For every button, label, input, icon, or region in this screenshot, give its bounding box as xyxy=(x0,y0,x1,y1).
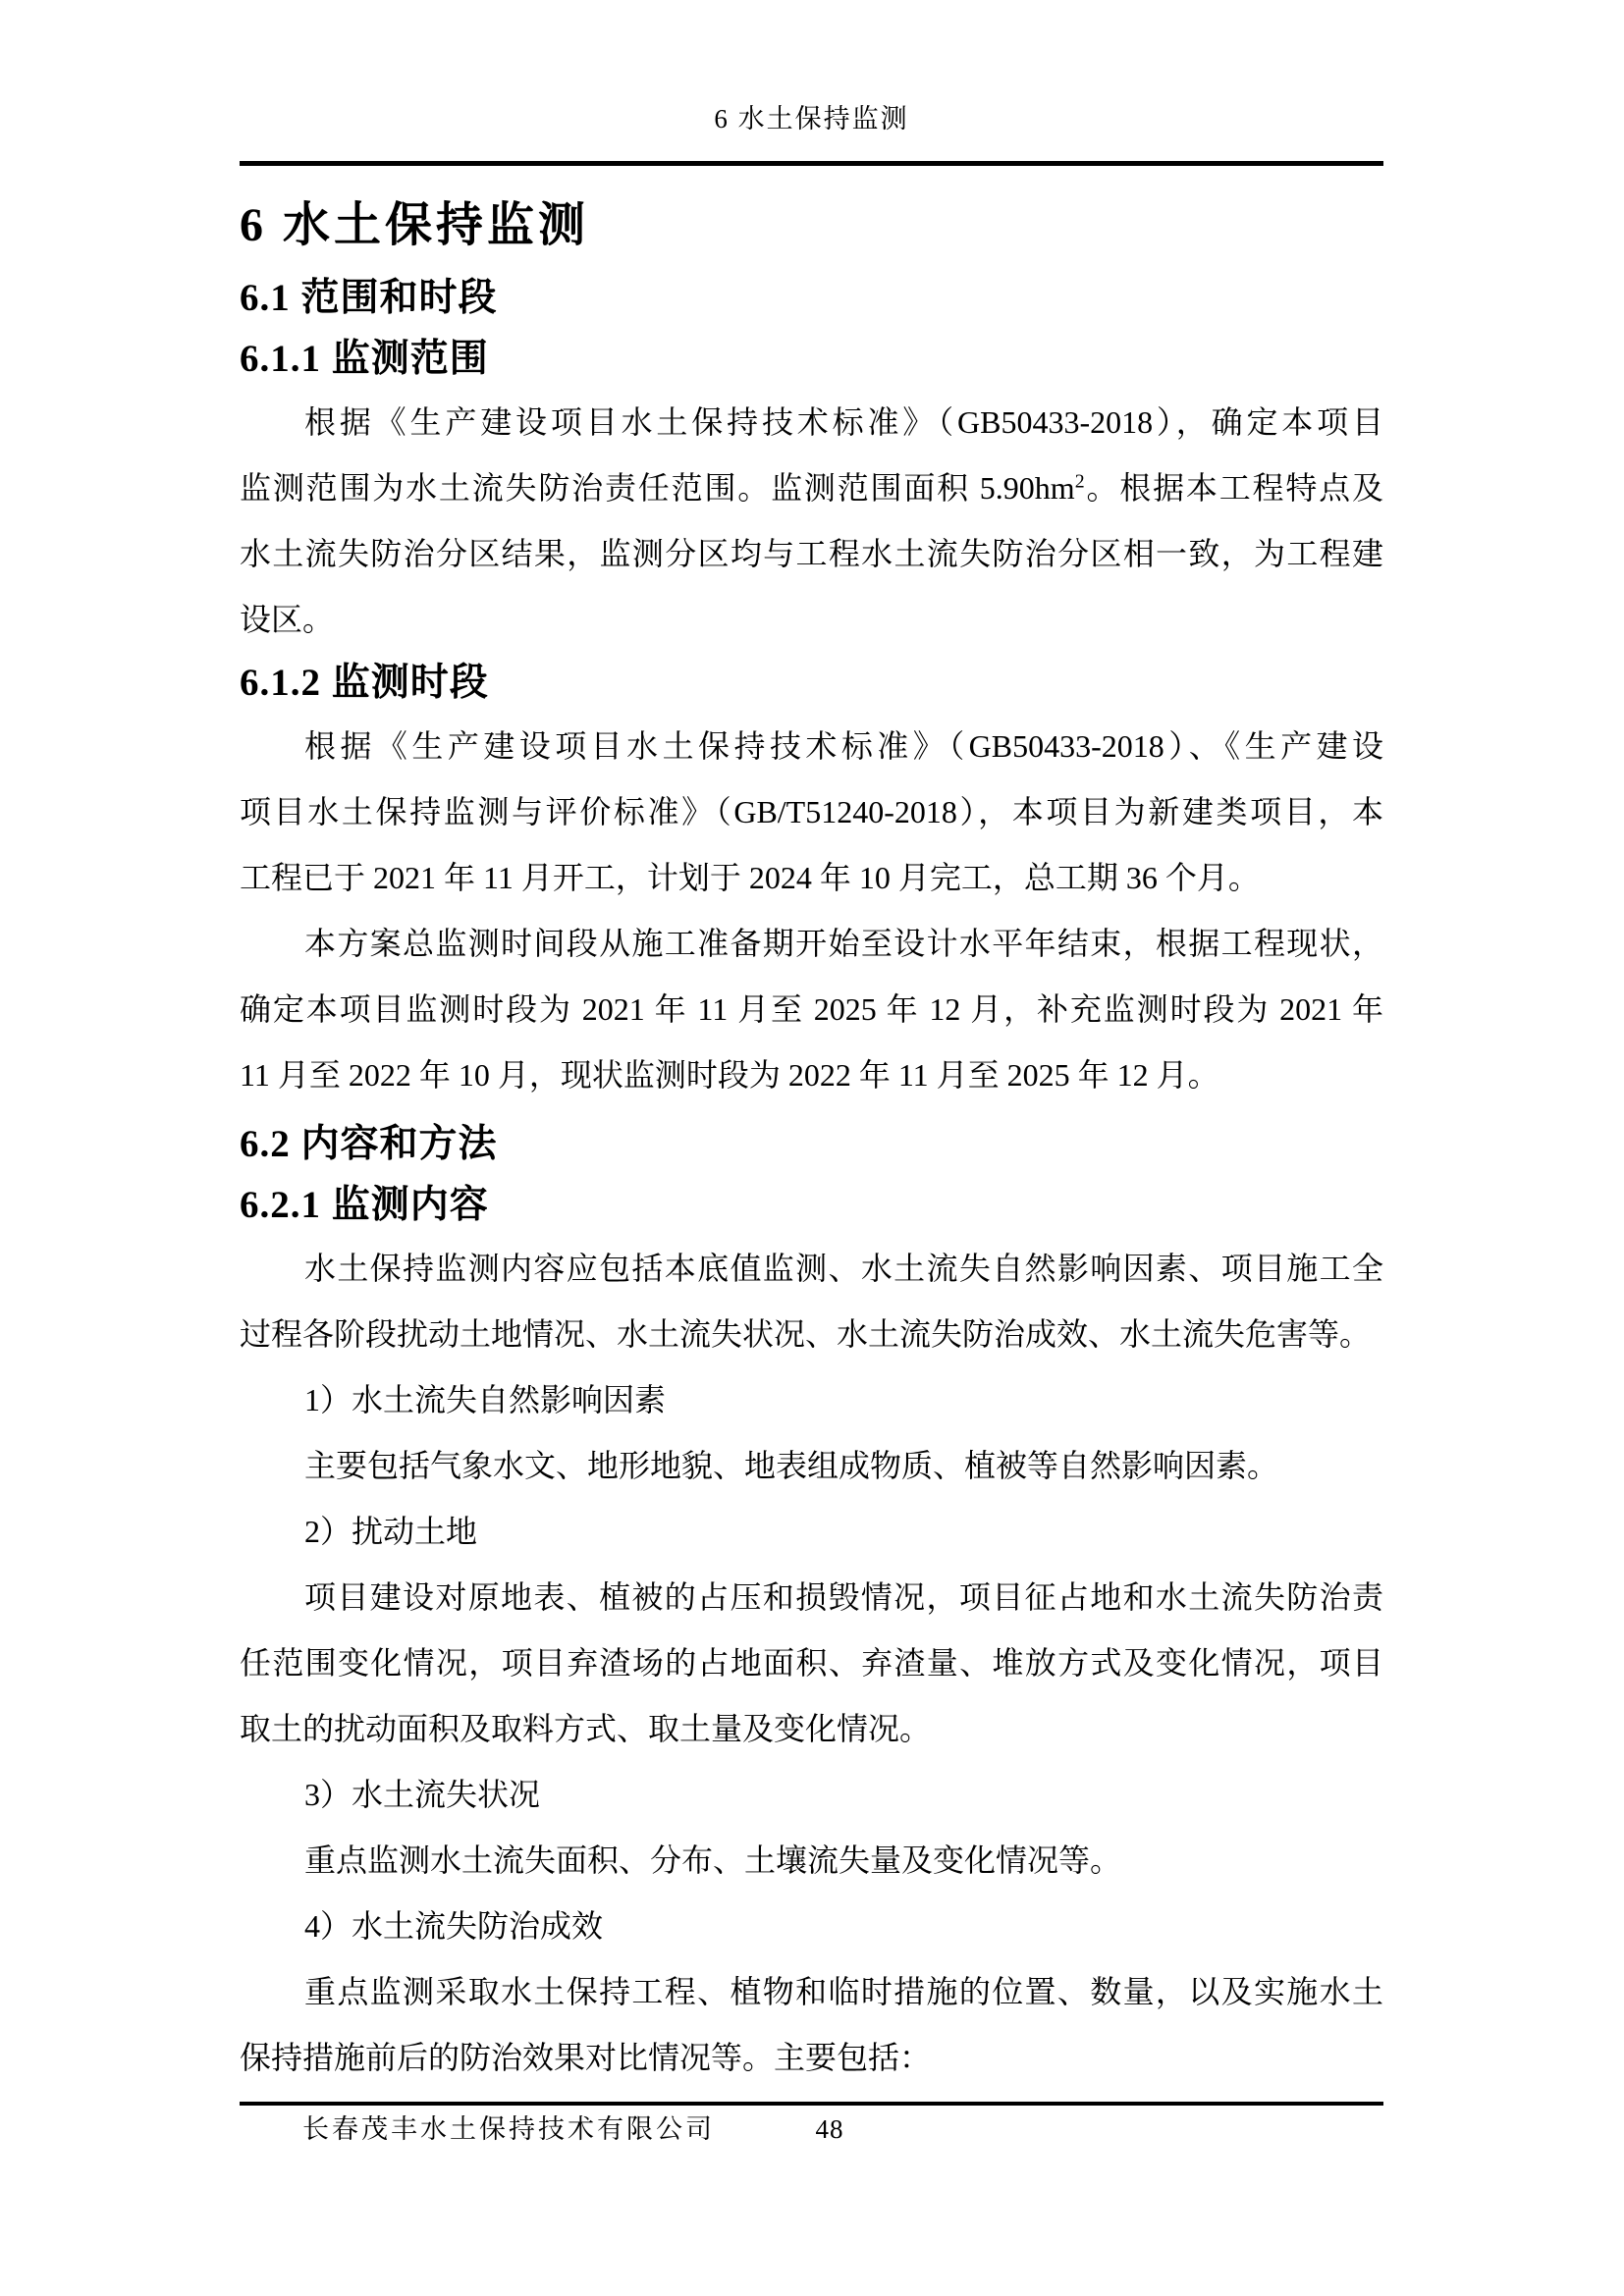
page-number: 48 xyxy=(816,2112,844,2146)
document-page: 6 水土保持监测 6 水土保持监测 6.1 范围和时段 6.1.1 监测范围 根… xyxy=(0,0,1624,2296)
superscript-2: 2 xyxy=(1075,470,1085,492)
footer-company-name: 长春茂丰水土保持技术有限公司 xyxy=(302,2114,715,2144)
section-heading-6-1: 6.1 范围和时段 xyxy=(240,268,1383,329)
paragraph-line: 项目水土保持监测与评价标准》（GB/T51240-2018），本项目为新建类项目… xyxy=(240,779,1383,845)
list-item-4-desc: 重点监测采取水土保持工程、植物和临时措施的位置、数量，以及实施水土 xyxy=(240,1959,1383,2025)
list-item-3-desc: 重点监测水土流失面积、分布、土壤流失量及变化情况等。 xyxy=(240,1828,1383,1894)
list-item-4-desc: 保持措施前后的防治效果对比情况等。主要包括： xyxy=(240,2025,1383,2091)
footer-content: 长春茂丰水土保持技术有限公司 48 xyxy=(240,2106,1383,2146)
page-footer: 长春茂丰水土保持技术有限公司 48 xyxy=(240,2102,1383,2146)
list-item-2-desc: 取土的扰动面积及取料方式、取土量及变化情况。 xyxy=(240,1696,1383,1762)
paragraph-line: 水土流失防治分区结果，监测分区均与工程水土流失防治分区相一致，为工程建 xyxy=(240,521,1383,587)
line-text: 。根据本工程特点及 xyxy=(1085,470,1383,506)
paragraph-line: 水土保持监测内容应包括本底值监测、水土流失自然影响因素、项目施工全 xyxy=(240,1236,1383,1302)
list-item-3-label: 3）水土流失状况 xyxy=(240,1762,1383,1828)
subsection-heading-6-1-2: 6.1.2 监测时段 xyxy=(240,653,1383,714)
paragraph-line: 根据《生产建设项目水土保持技术标准》（GB50433-2018）、《生产建设 xyxy=(240,714,1383,779)
list-item-2-desc: 任范围变化情况，项目弃渣场的占地面积、弃渣量、堆放方式及变化情况，项目 xyxy=(240,1630,1383,1696)
document-body: 6 水土保持监测 6.1 范围和时段 6.1.1 监测范围 根据《生产建设项目水… xyxy=(0,189,1624,2091)
header-rule xyxy=(240,161,1383,166)
list-item-1-desc: 主要包括气象水文、地形地貌、地表组成物质、植被等自然影响因素。 xyxy=(240,1433,1383,1499)
section-heading-6-2: 6.2 内容和方法 xyxy=(240,1114,1383,1175)
subsection-heading-6-1-1: 6.1.1 监测范围 xyxy=(240,329,1383,390)
chapter-heading: 6 水土保持监测 xyxy=(240,189,1383,262)
running-header-title: 6 水土保持监测 xyxy=(240,102,1383,135)
paragraph-line: 11 月至 2022 年 10 月，现状监测时段为 2022 年 11 月至 2… xyxy=(240,1042,1383,1108)
paragraph-line: 工程已于 2021 年 11 月开工，计划于 2024 年 10 月完工，总工期… xyxy=(240,845,1383,911)
page-header: 6 水土保持监测 xyxy=(0,0,1624,166)
list-item-4-label: 4）水土流失防治成效 xyxy=(240,1894,1383,1959)
subsection-heading-6-2-1: 6.2.1 监测内容 xyxy=(240,1175,1383,1236)
paragraph-line: 过程各阶段扰动土地情况、水土流失状况、水土流失防治成效、水土流失危害等。 xyxy=(240,1302,1383,1367)
list-item-1-label: 1）水土流失自然影响因素 xyxy=(240,1367,1383,1433)
paragraph-line: 设区。 xyxy=(240,587,1383,653)
list-item-2-label: 2）扰动土地 xyxy=(240,1499,1383,1565)
line-text: 监测范围为水土流失防治责任范围。监测范围面积 5.90hm xyxy=(240,470,1075,506)
paragraph-line: 确定本项目监测时段为 2021 年 11 月至 2025 年 12 月，补充监测… xyxy=(240,977,1383,1042)
paragraph-line: 根据《生产建设项目水土保持技术标准》（GB50433-2018），确定本项目 xyxy=(240,390,1383,455)
paragraph-line: 本方案总监测时间段从施工准备期开始至设计水平年结束，根据工程现状， xyxy=(240,911,1383,977)
list-item-2-desc: 项目建设对原地表、植被的占压和损毁情况，项目征占地和水土流失防治责 xyxy=(240,1565,1383,1630)
paragraph-line: 监测范围为水土流失防治责任范围。监测范围面积 5.90hm2。根据本工程特点及 xyxy=(240,455,1383,521)
